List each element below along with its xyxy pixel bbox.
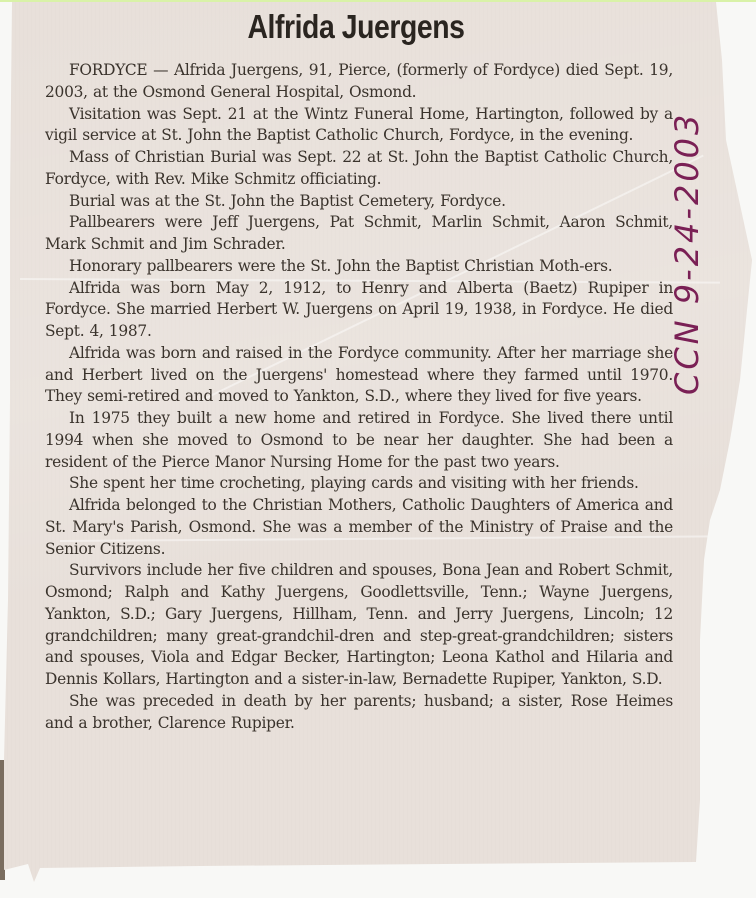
paragraph: Burial was at the St. John the Baptist C… bbox=[45, 191, 673, 213]
paragraph: She spent her time crocheting, playing c… bbox=[45, 473, 673, 495]
paragraph: FORDYCE — Alfrida Juergens, 91, Pierce, … bbox=[45, 60, 673, 104]
paragraph: Alfrida belonged to the Christian Mother… bbox=[45, 495, 673, 560]
paragraph: Visitation was Sept. 21 at the Wintz Fun… bbox=[45, 104, 673, 148]
scanned-page: Alfrida Juergens FORDYCE — Alfrida Juerg… bbox=[0, 0, 756, 898]
paragraph: Pallbearers were Jeff Juergens, Pat Schm… bbox=[45, 212, 673, 256]
paragraph: Alfrida was born and raised in the Fordy… bbox=[45, 343, 673, 408]
scan-edge-strip bbox=[0, 0, 756, 2]
paragraph: She was preceded in death by her parents… bbox=[45, 691, 673, 735]
paragraph: Honorary pallbearers were the St. John t… bbox=[45, 256, 673, 278]
paragraph: Survivors include her five children and … bbox=[45, 560, 673, 691]
obituary-headline: Alfrida Juergens bbox=[50, 8, 662, 46]
paragraph: Mass of Christian Burial was Sept. 22 at… bbox=[45, 147, 673, 191]
newspaper-clipping: Alfrida Juergens FORDYCE — Alfrida Juerg… bbox=[0, 0, 756, 898]
paragraph: Alfrida was born May 2, 1912, to Henry a… bbox=[45, 278, 673, 343]
obituary-body: FORDYCE — Alfrida Juergens, 91, Pierce, … bbox=[45, 60, 673, 734]
paragraph: In 1975 they built a new home and retire… bbox=[45, 408, 673, 473]
handwritten-date-note: CCN 9-24-2003 bbox=[668, 115, 712, 395]
